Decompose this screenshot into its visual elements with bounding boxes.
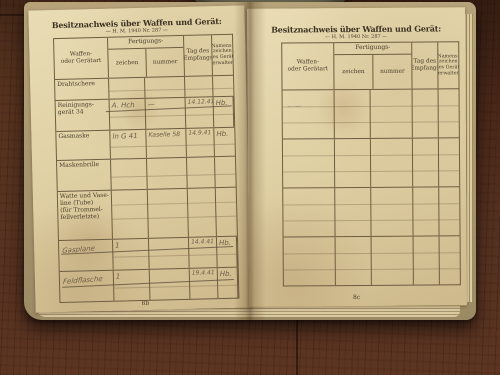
pencil-scribble: ~·— xyxy=(286,102,302,111)
cell-nummer xyxy=(145,77,185,98)
row-label: Maskenbrille xyxy=(57,160,112,191)
cell-namens: Hb. xyxy=(214,128,235,156)
row-label: Reinigungs- gerät 34 xyxy=(56,100,111,131)
cell-tag: 14.12.41 xyxy=(186,97,215,128)
weapons-table-left: Waffen- oder Gerätart Fertigungs- zeiche… xyxy=(53,34,239,303)
cell-nummer xyxy=(149,238,190,269)
cell-label: ~·— xyxy=(283,90,335,138)
col-header-fertigungs-group: Fertigungs- zeichen nummer xyxy=(108,36,185,78)
table-row: Feldflasche 1 19.4.41 Hb. xyxy=(60,268,239,302)
cell-nummer xyxy=(147,158,188,189)
photo-scene: Besitznachweis über Waffen und Gerät: — … xyxy=(0,0,500,375)
handwritten-date: 14.9.41 xyxy=(188,129,211,137)
cell-nummer: — xyxy=(146,98,187,129)
cell-zeichen xyxy=(109,78,145,99)
page-number: 8c xyxy=(353,294,360,301)
table-row: Reinigungs- gerät 34 A. Hch — 14.12.41 H… xyxy=(56,97,235,132)
cell-zeichen xyxy=(335,188,371,236)
row-label: Watte und Vase- line (Tube) (für Trommel… xyxy=(58,191,113,240)
cell-namens xyxy=(215,157,236,187)
cell-tag: 14.4.41 xyxy=(189,237,218,268)
cell-namens: Hb. xyxy=(217,237,238,267)
col-header-zeichen: zeichen xyxy=(108,49,147,78)
col-header-zeichen: zeichen xyxy=(334,55,373,89)
cell-label: Gasplane xyxy=(59,240,114,271)
cell-tag xyxy=(188,188,217,237)
table-row: Gasplane 1 14.4.41 Hb. xyxy=(59,237,238,272)
cell-nummer: Kaselle 58 xyxy=(146,129,187,158)
handwritten-entry: ln G 41 xyxy=(112,132,137,141)
handwritten-entry: Kaselle 58 xyxy=(148,131,180,139)
cell-nummer xyxy=(371,90,413,138)
cell-namens xyxy=(439,187,459,235)
cell-tag xyxy=(185,76,213,97)
cell-zeichen: A. Hch xyxy=(110,99,147,130)
cell-tag: 19.4.41 xyxy=(190,268,219,299)
table-header-row: Waffen- oder Gerätart Fertigungs- zeiche… xyxy=(282,42,458,90)
col-header-fertigungs: Fertigungs- xyxy=(334,43,411,55)
cell-nummer xyxy=(371,188,413,236)
open-soldbuch-booklet: Besitznachweis über Waffen und Gerät: — … xyxy=(24,2,476,320)
cell-tag xyxy=(414,236,440,284)
handwritten-entry: 1 xyxy=(116,273,121,281)
col-header-fertigungs-group: Fertigungs- zeichen nummer xyxy=(334,43,412,90)
handwritten-entry: 1 xyxy=(115,242,120,250)
col-header-namenszeichen: Namens- zeichen des Gerät- verwalters xyxy=(438,42,458,88)
cell-namens: Hb. xyxy=(214,97,235,127)
table-row xyxy=(283,138,459,188)
right-page: Besitznachweis über Waffen und Gerät: — … xyxy=(247,7,467,307)
cell-zeichen: 1 xyxy=(113,239,150,270)
row-label: Drahtschere xyxy=(55,79,109,100)
table-row xyxy=(283,187,459,237)
handwritten-date: 19.4.41 xyxy=(192,269,215,277)
cell-zeichen xyxy=(336,237,372,285)
left-page: Besitznachweis über Waffen und Gerät: — … xyxy=(28,5,251,312)
cell-zeichen xyxy=(335,139,371,187)
handwritten-entry: — xyxy=(148,101,155,109)
row-label: Gasmaske xyxy=(56,131,111,160)
col-header-tag: Tag des Empfangs xyxy=(412,42,438,88)
cell-tag: 14.9.41 xyxy=(186,128,215,157)
weapons-table-right: Waffen- oder Gerätart Fertigungs- zeiche… xyxy=(281,41,461,286)
cell-namens xyxy=(213,76,233,96)
cell-tag xyxy=(413,89,439,137)
cell-zeichen: ln G 41 xyxy=(110,130,147,159)
cell-tag xyxy=(413,187,439,235)
cell-nummer xyxy=(150,269,191,300)
col-header-weapon: Waffen- oder Gerätart xyxy=(54,38,109,79)
col-header-tag: Tag des Empfangs xyxy=(184,35,213,76)
cell-zeichen xyxy=(111,159,148,190)
cell-tag xyxy=(187,157,216,188)
cell-namens xyxy=(440,236,460,284)
cell-zeichen: 1 xyxy=(114,270,151,301)
cell-nummer xyxy=(148,189,189,238)
table-row xyxy=(284,236,460,285)
cell-zeichen xyxy=(335,90,371,138)
cell-namens: Hb. xyxy=(218,268,239,298)
page-subtitle: — H. M. 1940 Nr. 287 — xyxy=(247,33,465,41)
cell-label xyxy=(283,139,335,187)
cell-namens xyxy=(216,188,237,236)
table-row: Maskenbrille xyxy=(57,157,236,192)
cell-label xyxy=(283,188,335,236)
table-row: Watte und Vase- line (Tube) (für Trommel… xyxy=(58,188,237,241)
cell-zeichen xyxy=(112,190,149,239)
col-header-weapon: Waffen- oder Gerätart xyxy=(282,43,334,89)
handwritten-entry: A. Hch xyxy=(112,101,135,110)
handwritten-initials: Hb. xyxy=(220,270,232,278)
table-row: ~·— xyxy=(283,89,459,139)
cell-label xyxy=(284,237,336,285)
table-row: Gasmaske ln G 41 Kaselle 58 14.9.41 Hb. xyxy=(56,128,235,161)
handwritten-date: 14.4.41 xyxy=(191,238,214,246)
cell-nummer xyxy=(371,139,413,187)
col-header-nummer: nummer xyxy=(373,55,411,89)
cell-nummer xyxy=(372,237,414,285)
handwritten-date: 14.12.41 xyxy=(188,98,215,106)
table-header-row: Waffen- oder Gerätart Fertigungs- zeiche… xyxy=(54,35,233,80)
cell-namens xyxy=(439,138,459,186)
col-header-namenszeichen: Namens- zeichen des Gerät- verwalters xyxy=(212,35,233,75)
handwritten-initials: Hb. xyxy=(216,130,228,138)
page-number: 8b xyxy=(141,300,149,307)
cell-namens xyxy=(439,89,459,137)
cell-tag xyxy=(413,138,439,186)
col-header-nummer: nummer xyxy=(146,48,184,77)
